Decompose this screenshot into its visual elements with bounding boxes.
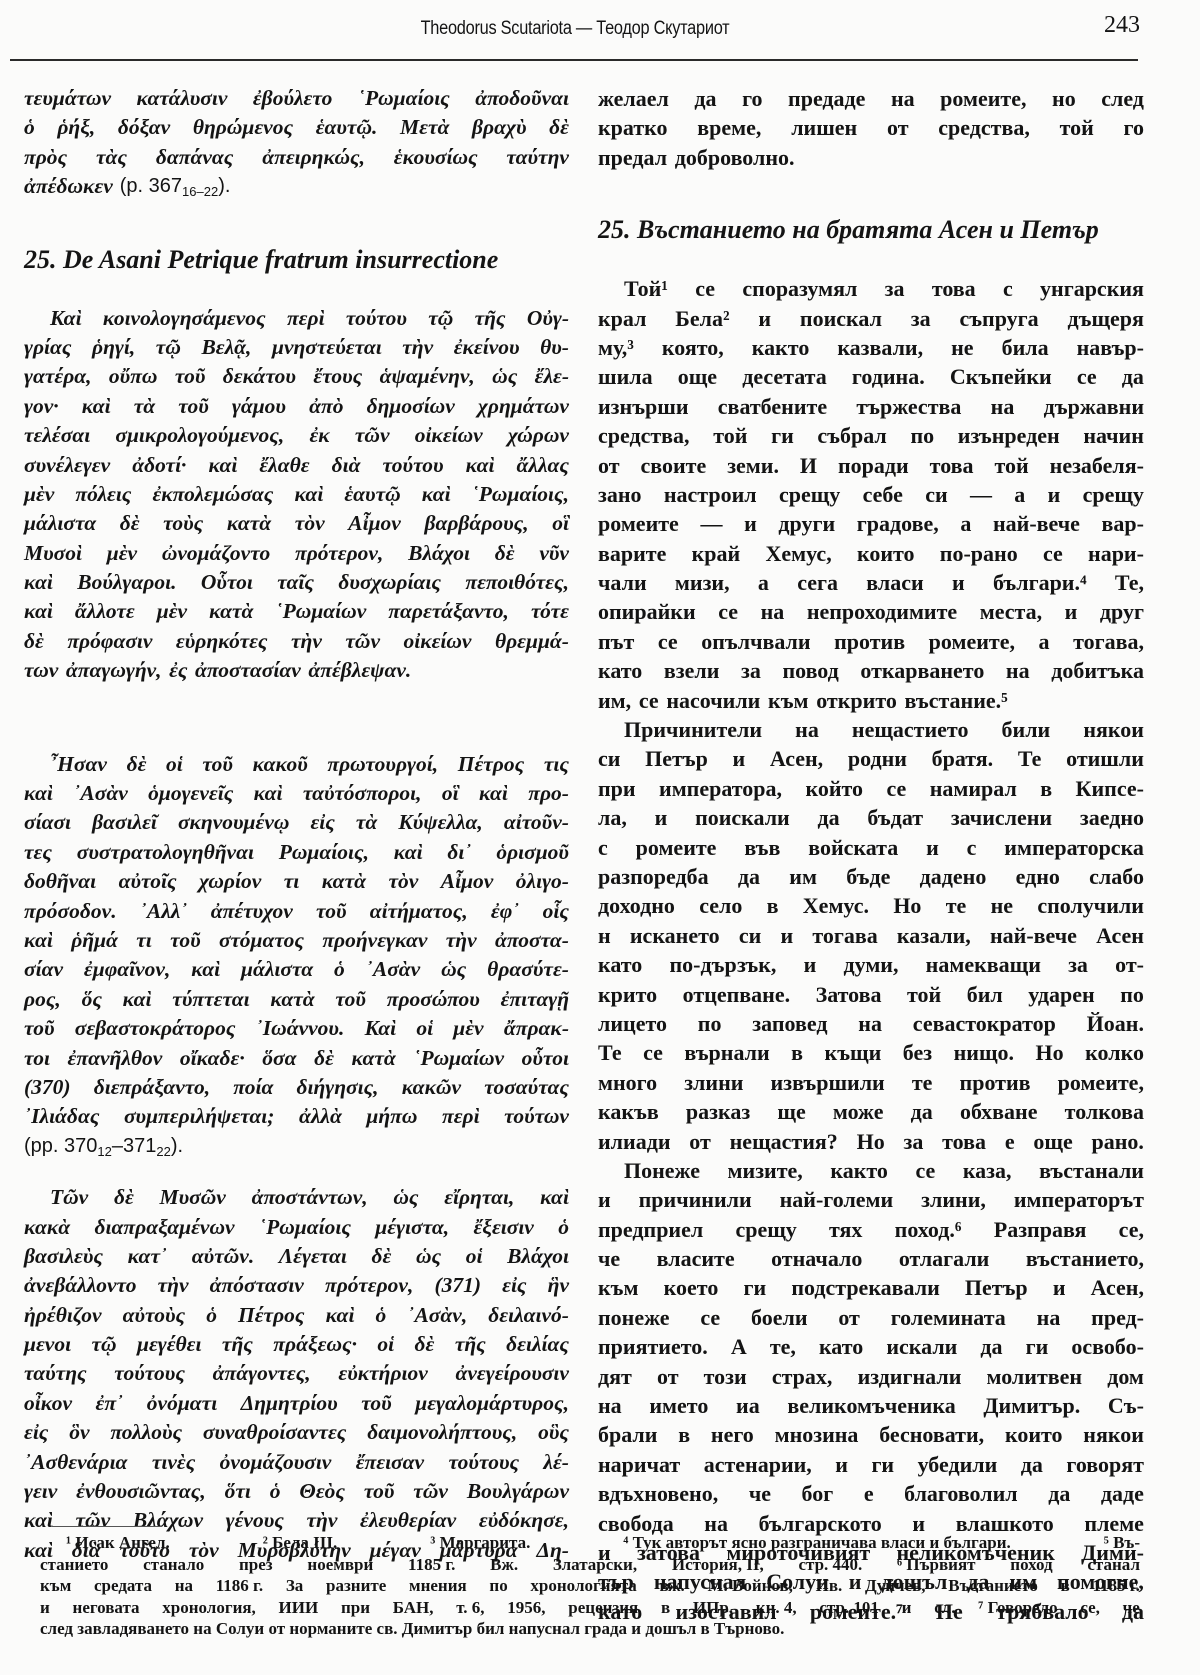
word: τοὺς	[163, 509, 203, 538]
word: τι	[284, 867, 300, 896]
text-line: εἰςὃνπολλοὺςσυναθροίσαντεςδαιμονολήπτους…	[24, 1418, 569, 1447]
text-line: браливнегомнозинабесновати,коитонякои	[598, 1420, 1144, 1449]
word: власите	[657, 1244, 735, 1273]
word: наричат	[598, 1450, 680, 1479]
word: отишли	[1066, 744, 1144, 773]
word: τις	[544, 750, 569, 779]
word: Кипсе-	[1076, 774, 1144, 803]
word: Μετὰ	[400, 113, 449, 142]
text-line: желаелдагопредаденаромеите,нослед	[598, 84, 1144, 113]
word: Асен,	[1091, 1273, 1144, 1302]
word: и	[804, 950, 817, 979]
word: οἷς	[543, 897, 569, 926]
word: името	[649, 1391, 708, 1420]
page-header: Theodorus Scutariota — Теодор Скутариот …	[0, 0, 1200, 50]
word: τὴν	[291, 627, 322, 656]
word: десетата	[742, 362, 827, 391]
word: някои	[1083, 1420, 1144, 1449]
word: σκηνουμένῳ	[178, 808, 289, 837]
word: злини,	[921, 1185, 986, 1214]
word: τούτου	[383, 451, 444, 480]
word: ги	[771, 421, 794, 450]
word: πολλοὺς	[110, 1418, 182, 1447]
text-line: τευμάτωνκατάλυσινἐβούλετο῾Ρωμαίοιςἀποδοῦ…	[24, 84, 569, 113]
word: ᾿Αλλ᾿	[140, 897, 188, 926]
text-line: чалимизи,асегавласиибългари.⁴Те,	[598, 568, 1144, 597]
word: навър-	[1077, 333, 1144, 362]
word: δὲ	[415, 1330, 435, 1359]
word: κακὰ	[24, 1213, 70, 1242]
bg-intro: желаелдагопредаденаромеите,носледкратков…	[598, 84, 1144, 143]
word: изнърши	[598, 392, 689, 421]
word: в	[678, 1420, 690, 1449]
word: който	[805, 774, 863, 803]
bg-paragraph-2: ПричинителинанещастиетобилинякоисиПетъри…	[598, 715, 1144, 1156]
word: на	[1006, 656, 1030, 685]
word: дъщеря	[1068, 304, 1144, 333]
word: κατὰ	[351, 1044, 395, 1073]
word: ги	[1026, 1332, 1049, 1361]
text-line: ὁῥήξ,δόξανθηρώμενοςἑαυτῷ.Μετὰβραχὺδὲ	[24, 113, 569, 142]
word: ὅς	[82, 985, 102, 1014]
word: ὁ	[558, 1213, 569, 1242]
word: οἱ	[416, 1014, 433, 1043]
word: Βούλγαροι.	[77, 568, 176, 597]
text-line: οἶκονἐπ᾿ὀνόματιΔημητρίουτοῦμεγαλομάρτυρο…	[24, 1389, 569, 1418]
word: Йоан.	[1087, 1009, 1144, 1038]
word: се,	[1080, 1597, 1100, 1619]
word: τῆς	[475, 304, 506, 333]
text-line: σίανἐμφαῖνον,καὶμάλισταὁ᾿Ασὰνὡςθρασύτε-	[24, 955, 569, 984]
word: ἠρέθιζον	[24, 1301, 102, 1330]
word: 1185 г.	[408, 1554, 455, 1576]
word: ἀπὸ	[309, 392, 343, 421]
word: τελέσαι	[24, 421, 90, 450]
word: е	[864, 1479, 874, 1508]
word: Καὶ	[365, 1014, 397, 1043]
spacer	[24, 282, 569, 304]
word: хронология,	[162, 1597, 256, 1619]
word: иа	[736, 1391, 760, 1420]
word: но	[1052, 84, 1076, 113]
word: императора,	[659, 774, 782, 803]
word: οἴκαδε·	[180, 1044, 245, 1073]
word: καὶ	[24, 568, 53, 597]
greek-intro: τευμάτωνκατάλυσινἐβούλετο῾Ρωμαίοιςἀποδοῦ…	[24, 84, 569, 172]
word: сл.	[934, 1597, 955, 1619]
word: συνέλεγεν	[24, 451, 110, 480]
word: била	[1002, 333, 1049, 362]
word: θρεμμά-	[495, 627, 569, 656]
word: δαπάνας	[156, 143, 234, 172]
word: πρωτουργοί,	[327, 750, 438, 779]
footnote-last-line: след завладяването на Солуи от норманите…	[40, 1618, 1140, 1640]
word: За	[286, 1575, 303, 1597]
word: зачислени	[951, 803, 1052, 832]
text-line: σίασιβασιλεῖσκηνουμένῳεἰςτὰΚύψελλα,αἰτοῦ…	[24, 808, 569, 837]
word: ἀποστάντων,	[252, 1183, 368, 1212]
word: τὴν	[446, 926, 477, 955]
word: Βλάχοι	[507, 1242, 569, 1271]
word: мизи,	[675, 568, 730, 597]
word: αὐτῶν.	[192, 1242, 254, 1271]
word: себе	[863, 480, 903, 509]
word: τὸν	[388, 867, 418, 896]
word: градове,	[857, 509, 939, 538]
word: казали,	[897, 921, 971, 950]
running-title: Theodorus Scutariota — Теодор Скутариот	[81, 18, 1070, 40]
word: да	[818, 803, 840, 832]
word: ² Бела III.	[263, 1532, 338, 1554]
word: и	[1053, 1273, 1066, 1302]
text-line: Μυσοὶμὲνὠνομάζοντοπρότερον,Βλάχοιδὲνῦν	[24, 539, 569, 568]
word: τοῦ	[178, 392, 209, 421]
word: ὡς	[416, 1242, 441, 1271]
word: μὲν	[453, 1014, 483, 1043]
word: се	[658, 627, 678, 656]
word: си	[925, 480, 947, 509]
word: τότε	[531, 597, 569, 626]
text-line: наиметоиавеликомъченикаДимитър.Съ-	[598, 1391, 1144, 1420]
word: τι	[136, 926, 152, 955]
greek-column: τευμάτωνκατάλυσινἐβούλετο῾Ρωμαίοιςἀποδοῦ…	[24, 84, 569, 1565]
word: Οὐγ-	[527, 304, 569, 333]
word: Καὶ	[50, 304, 82, 333]
word: δὲ	[549, 113, 569, 142]
text-line: наричатастенарии,игиубедилидаговорят	[598, 1450, 1144, 1479]
word: παρετάξαντο,	[388, 597, 509, 626]
word: пред-	[1091, 1303, 1144, 1332]
word: а	[960, 509, 971, 538]
word: а	[1039, 627, 1050, 656]
word: дом	[1107, 1362, 1144, 1391]
word: ὠνομάζοντο	[162, 539, 270, 568]
text-line: варитекрайХемус,коитопо-раносенари-	[598, 539, 1144, 568]
word: ῥῆμά	[71, 926, 118, 955]
word: които	[1005, 1420, 1063, 1449]
word: да	[1122, 362, 1144, 391]
word: τῷ	[428, 304, 453, 333]
word: ἄπρακ-	[504, 1014, 569, 1043]
word: ⁵ Въ-	[1104, 1532, 1140, 1554]
text-line: Тесевърналивкъщибезнищо.Ноколко	[598, 1038, 1144, 1067]
word: των	[24, 656, 58, 685]
word: лишен	[791, 113, 857, 142]
word: τούτου	[346, 304, 407, 333]
spacer	[24, 686, 569, 738]
word: обхване	[960, 1097, 1037, 1126]
word: τῆς	[455, 1330, 486, 1359]
word: и	[780, 921, 793, 950]
word: от	[598, 451, 620, 480]
text-line: καὶ᾿Ασὰνὁμογενεῖςκαὶταὐτόσποροι,οἳκαὶπρο…	[24, 779, 569, 808]
word: ἐπ᾿	[96, 1389, 124, 1418]
word: отначало	[771, 1244, 862, 1273]
word: γατέρα,	[24, 362, 92, 391]
word: мизите,	[728, 1156, 803, 1185]
word: да	[738, 862, 760, 891]
word: както	[752, 333, 810, 362]
word: средства,	[598, 421, 690, 450]
word: им	[789, 862, 817, 891]
text-line: им,сенасочиликъмоткритовъстание.⁵	[598, 686, 1144, 715]
word: ῏Ησαν	[50, 750, 107, 779]
word: н	[598, 921, 611, 950]
word: μὲν	[157, 597, 187, 626]
word: πεποιθότες,	[465, 568, 569, 597]
word: откарването	[860, 656, 984, 685]
word: от	[838, 1303, 860, 1332]
word: ἐπιταγῇ	[501, 985, 569, 1014]
word: μεγέθει	[137, 1330, 202, 1359]
word: δὲ	[24, 627, 44, 656]
footnote-rule	[52, 1526, 162, 1527]
word: Те,	[1115, 568, 1144, 597]
word: Αἶμον	[441, 867, 494, 896]
word: βαρβάρους,	[424, 509, 528, 538]
text-line: изнършисватбенитетържестванадържавни	[598, 392, 1144, 421]
greek-paragraph-2: ῏Ησανδὲοἱτοῦκακοῦπρωτουργοί,Πέτροςτιςκαὶ…	[24, 750, 569, 1132]
word: ударен	[1028, 980, 1094, 1009]
word: Но	[893, 891, 921, 920]
word: село	[699, 891, 742, 920]
word: бъдат	[867, 803, 923, 832]
word: καὶ	[208, 451, 237, 480]
word: върнали	[684, 1038, 769, 1067]
word: σεβαστοκράτορος	[75, 1014, 236, 1043]
word: ὡς	[492, 362, 517, 391]
word: ἑαυτῷ	[344, 480, 400, 509]
text-line: καὶΒούλγαροι.Οὗτοιταῖςδυσχωρίαιςπεποιθότ…	[24, 568, 569, 597]
word: мнозина	[775, 1420, 859, 1449]
word: κατ᾿	[128, 1242, 168, 1271]
word: срещу	[1083, 480, 1144, 509]
word: Βλάχοι	[408, 539, 470, 568]
word: καὶ	[123, 985, 152, 1014]
word: ᾿Ασὰν	[366, 955, 421, 984]
word: (370)	[24, 1073, 71, 1102]
word: ὅσα	[262, 1044, 296, 1073]
word: думи,	[843, 950, 898, 979]
text-line: καὶἄλλοτεμὲνκατὰ῾Ρωμαίωνπαρετάξαντο,τότε	[24, 597, 569, 626]
word: ще	[777, 1097, 805, 1126]
word: издигнали	[858, 1362, 962, 1391]
word: повод	[782, 656, 838, 685]
word: незабеля-	[1050, 451, 1144, 480]
word: ῾Ρωμαίων	[275, 597, 366, 626]
word: δι᾿	[447, 838, 471, 867]
word: злини	[684, 1068, 743, 1097]
word: хронологията	[530, 1575, 636, 1597]
word: κατὰ	[270, 985, 314, 1014]
word: рецензия	[568, 1597, 638, 1619]
word: за	[885, 274, 905, 303]
word: καὶ	[326, 1301, 355, 1330]
word: μεγαλομάρτυρος,	[415, 1389, 569, 1418]
word: ¹ Исак Ангел.	[66, 1532, 170, 1554]
word: κοινολογησάμενος	[103, 304, 266, 333]
word: власи	[866, 568, 923, 597]
word: καὶ	[24, 597, 53, 626]
word: М. Войнов,	[707, 1575, 792, 1597]
text-line: нисканетосиитогаваказали,най-вечеАсен	[598, 921, 1144, 950]
text-line: къмсредатана1186 г.Заразнитемненияпохрон…	[40, 1575, 1140, 1597]
word: ἐβούλετο	[253, 84, 332, 113]
word: κατὰ	[209, 597, 253, 626]
word: лицето	[598, 1009, 667, 1038]
word: и	[598, 1185, 611, 1214]
spacer	[598, 172, 1144, 208]
word: ᾿Ιλιάδας	[24, 1102, 99, 1131]
word: да	[911, 1097, 933, 1126]
text-line: инеговатахронология,ИИИприБАН,т. 6,1956,…	[40, 1597, 1140, 1619]
word: А	[731, 1332, 747, 1361]
word: ὁρισμοῦ	[496, 838, 569, 867]
word: ромеите,	[940, 84, 1026, 113]
text-line: καὶῥῆμάτιτοῦστόματοςπροήνεγκαντὴνἀποστα-	[24, 926, 569, 955]
word: се	[1077, 362, 1097, 391]
word: вдъхновено,	[598, 1479, 718, 1508]
word: θρασύτε-	[487, 955, 569, 984]
word: ῾Ρωμαίοις,	[472, 480, 569, 509]
text-line: доходноселовХемус.Нотенесполучили	[598, 891, 1144, 920]
text-line: сиПетъриАсен,роднибратя.Теотишли	[598, 744, 1144, 773]
word: βραχὺ	[472, 113, 527, 142]
text-line: γατέρα,οὔπωτοῦδεκάτουἔτουςἁψαμένην,ὡςἔλε…	[24, 362, 569, 391]
word: 1956,	[507, 1597, 545, 1619]
word: ἐφ᾿	[491, 897, 520, 926]
word: великомъченика	[787, 1391, 955, 1420]
word: οἰκείων	[415, 421, 483, 450]
word: δειλαινό-	[488, 1301, 569, 1330]
word: μήπω	[366, 1102, 417, 1131]
word: астенарии,	[704, 1450, 812, 1479]
word: ρος,	[24, 985, 61, 1014]
word: варите	[598, 539, 666, 568]
word: на	[598, 1391, 622, 1420]
word: τοῦ	[316, 897, 347, 926]
word: τούτους	[448, 1448, 519, 1477]
text-line: δοθῆναιαὐτοῖςχωρίοντικατὰτὸνΑἶμονὀλιγο-	[24, 867, 569, 896]
text-line: отсвоитеземи.Ипорадитоватойнезабеля-	[598, 451, 1144, 480]
word: Асен,	[770, 744, 823, 773]
word: българи.⁴	[993, 568, 1087, 597]
word: слабо	[1089, 862, 1144, 891]
word: и	[835, 1450, 848, 1479]
word: οἶκον	[24, 1389, 72, 1418]
word: ποία	[233, 1073, 273, 1102]
word: κακῶν	[402, 1073, 461, 1102]
word: ИИИ	[279, 1597, 319, 1619]
word: колко	[1085, 1038, 1144, 1067]
word: τούτους	[114, 1359, 185, 1388]
word: ὁ	[375, 1301, 386, 1330]
word: той	[713, 421, 747, 450]
word: ромеите	[636, 833, 717, 862]
text-line: катовзелизаповодоткарванетонадобитъка	[598, 656, 1144, 685]
word: πρόσοδον.	[24, 897, 117, 926]
word: държавни	[1044, 392, 1144, 421]
word: Но	[1036, 1038, 1064, 1067]
word: т. 6,	[456, 1597, 484, 1619]
word: открито	[816, 686, 897, 715]
word: вар-	[1102, 509, 1144, 538]
word: ἀπέβλεψαν.	[308, 656, 411, 685]
word: за	[911, 304, 931, 333]
word: кн. 4,	[756, 1597, 797, 1619]
word: καὶ	[24, 926, 53, 955]
text-line: τοιἐπανῆλθονοἴκαδε·ὅσαδὲκατὰ῾Ρωμαίωνοὗτο…	[24, 1044, 569, 1073]
word: по-рано	[940, 539, 1018, 568]
text-line: ᾿Ιλιάδαςσυμπεριλήψεται;ἀλλὰμήπωπερὶτούτω…	[24, 1102, 569, 1131]
word: ῾Ρωμαίοις	[259, 1213, 351, 1242]
word: за	[904, 1127, 924, 1156]
word: ὁ	[334, 955, 345, 984]
word: в	[661, 1597, 670, 1619]
word: във	[744, 833, 780, 862]
word: му,³	[598, 333, 634, 362]
word: които	[857, 539, 915, 568]
word: ὀνόματι	[147, 1389, 217, 1418]
word: σίασι	[24, 808, 71, 837]
text-line: катопо-дързък,идуми,намекващизаот-	[598, 950, 1144, 979]
word: настроил	[664, 480, 757, 509]
word: благоволил	[904, 1479, 1018, 1508]
word: ὁμογενεῖς	[148, 779, 233, 808]
spacer	[598, 252, 1144, 274]
word: бил	[967, 980, 1003, 1009]
word: τὰ	[134, 392, 155, 421]
word: οἱ	[377, 1330, 394, 1359]
word: от	[657, 1362, 679, 1391]
word: кратко	[598, 113, 668, 142]
word: съпруга	[959, 304, 1038, 333]
word: ромеите	[598, 509, 679, 538]
word: βασιλεὺς	[24, 1242, 103, 1271]
word: него	[711, 1420, 754, 1449]
text-line: ᾿Ασθενάριατινὲςὀνομάζουσινἔπεισαντούτους…	[24, 1448, 569, 1477]
word: τῷ	[91, 1330, 116, 1359]
word: страх,	[772, 1362, 833, 1391]
word: този	[704, 1362, 747, 1391]
word: против	[834, 627, 905, 656]
word: Λέγεται	[279, 1242, 347, 1271]
word: ИПр,	[693, 1597, 733, 1619]
word: γρίας	[24, 333, 71, 362]
text-line: ρος,ὅςκαὶτύπτεταικατὰτοῦπροσώπουἐπιταγῇ	[24, 985, 569, 1014]
word: за	[1068, 950, 1088, 979]
word: δυσχωρίαις	[338, 568, 441, 597]
word: πρότερον,	[325, 1271, 413, 1300]
word: и	[733, 744, 746, 773]
word: в	[1061, 1575, 1070, 1597]
word: μνηστεύεται	[272, 333, 382, 362]
page-number: 243	[1104, 12, 1140, 39]
word: добитъка	[1051, 656, 1144, 685]
word: земи.	[727, 451, 779, 480]
word: край	[692, 539, 741, 568]
text-line: συνέλεγενἀδοτί·καὶἔλαθεδιὰτούτουκαὶἄλλας	[24, 451, 569, 480]
word: τὰς	[96, 143, 127, 172]
word: ὡς	[441, 955, 466, 984]
word: срещу	[779, 480, 840, 509]
word: καὶ	[479, 779, 508, 808]
word: συμπεριλήψεται;	[124, 1102, 274, 1131]
text-line: предприелсрещутяхпоход.⁶Разправясе,	[598, 1215, 1144, 1244]
word: тържества	[856, 392, 961, 421]
word: χρημάτων	[478, 392, 569, 421]
word: това	[942, 1127, 986, 1156]
